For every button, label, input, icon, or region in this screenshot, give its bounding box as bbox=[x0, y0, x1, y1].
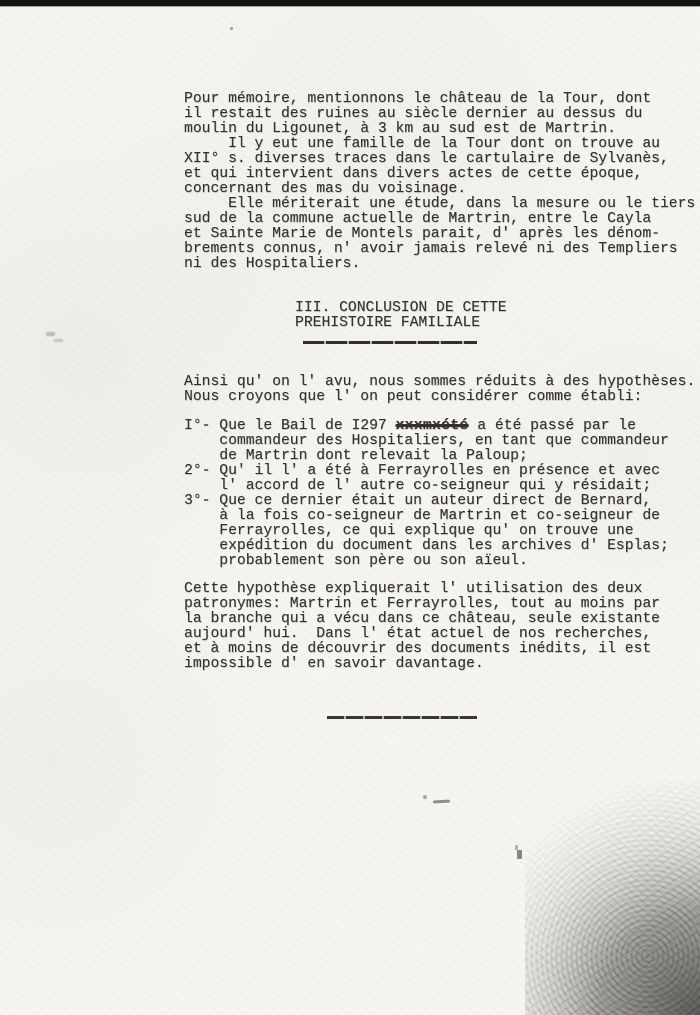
ink-speck bbox=[423, 795, 427, 799]
scanned-typescript-page: Pour mémoire, mentionnons le château de … bbox=[0, 0, 700, 1015]
list-item-3-text: 3°- Que ce dernier était un auteur direc… bbox=[184, 493, 669, 569]
end-separator-rule bbox=[327, 716, 477, 719]
ink-speck bbox=[517, 850, 522, 859]
scan-edge-band bbox=[0, 0, 700, 6]
heading-underline-rule bbox=[303, 341, 477, 344]
pencil-smudge-mark bbox=[46, 329, 80, 345]
list-item-1-overstrike: xxxmxété bbox=[396, 418, 469, 434]
section-heading: III. CONCLUSION DE CETTE PREHISTOIRE FAM… bbox=[295, 301, 595, 331]
list-item-2-text: 2°- Qu' il l' a été à Ferrayrolles en pr… bbox=[184, 463, 660, 494]
scan-corner-stain bbox=[525, 780, 700, 1015]
paragraph-hypotheses: Ainsi qu' on l' avu, nous sommes réduits… bbox=[184, 375, 700, 405]
list-item-1-text: I°- Que le Bail de I297 bbox=[184, 418, 396, 434]
numbered-list: I°- Que le Bail de I297 xxxmxété a été p… bbox=[184, 419, 700, 569]
paragraph-block-intro: Pour mémoire, mentionnons le château de … bbox=[184, 92, 700, 272]
ink-speck bbox=[433, 800, 450, 804]
paragraph-conclusion: Cette hypothèse expliquerait l' utilisat… bbox=[184, 582, 700, 672]
ink-speck bbox=[230, 27, 233, 30]
